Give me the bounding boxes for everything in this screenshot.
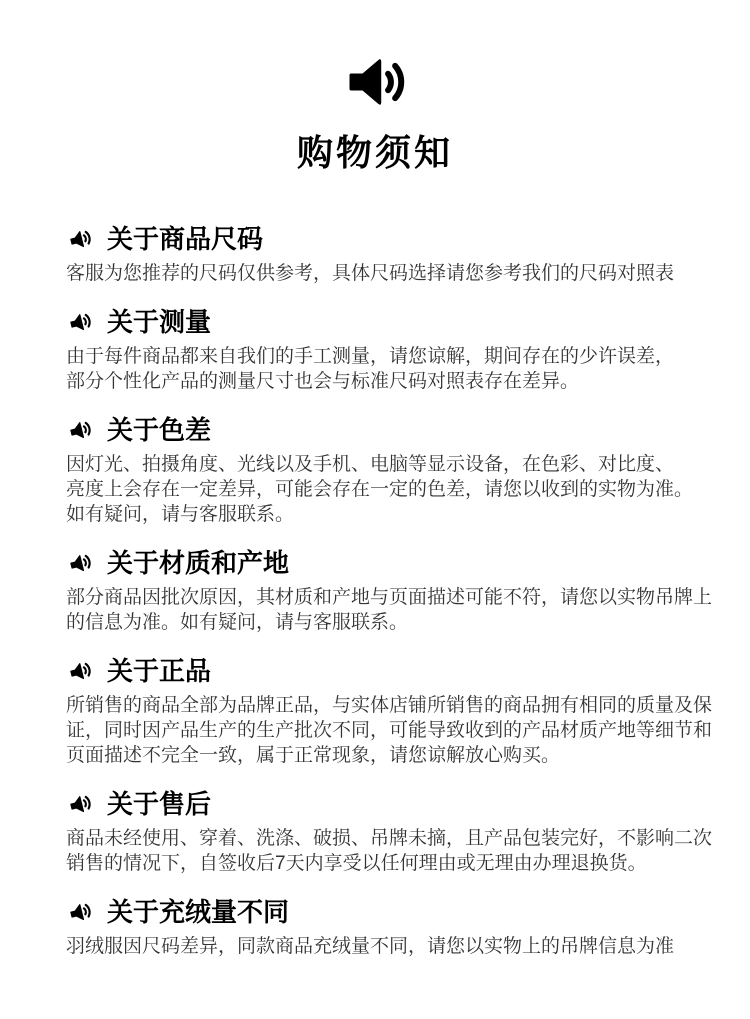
speaker-icon [66, 551, 94, 576]
section-body-text: 由于每件商品都来自我们的手工测量，请您谅解，期间存在的少许误差， 部分个性化产品… [66, 344, 726, 394]
section-heading-text: 关于充绒量不同 [107, 896, 289, 928]
notice-sections: 关于商品尺码 客服为您推荐的尺码仅供参考，具体尺码选择请您参考我们的尺码对照表 … [0, 223, 750, 959]
notice-section-material-origin: 关于材质和产地 部分商品因批次原因，其材质和产地与页面描述可能不符，请您以实物吊… [66, 547, 726, 635]
page-header: 购物须知 [0, 48, 750, 173]
section-heading: 关于材质和产地 [66, 547, 726, 579]
section-heading-text: 关于色差 [107, 414, 211, 446]
section-heading-text: 关于商品尺码 [107, 223, 263, 255]
speaker-icon [66, 792, 94, 817]
section-body-text: 羽绒服因尺码差异，同款商品充绒量不同，请您以实物上的吊牌信息为准 [66, 934, 726, 959]
section-heading: 关于色差 [66, 414, 726, 446]
speaker-icon [66, 418, 94, 443]
section-heading-text: 关于正品 [107, 655, 211, 687]
speaker-icon [66, 659, 94, 684]
notice-section-after-sales: 关于售后 商品未经使用、穿着、洗涤、破损、吊牌未摘，且产品包装完好，不影响二次 … [66, 788, 726, 876]
notice-section-down-filling: 关于充绒量不同 羽绒服因尺码差异，同款商品充绒量不同，请您以实物上的吊牌信息为准 [66, 896, 726, 959]
notice-section-measurement: 关于测量 由于每件商品都来自我们的手工测量，请您谅解，期间存在的少许误差， 部分… [66, 306, 726, 394]
section-heading: 关于正品 [66, 655, 726, 687]
speaker-icon [66, 227, 94, 252]
page-title: 购物须知 [0, 133, 750, 173]
section-body-text: 商品未经使用、穿着、洗涤、破损、吊牌未摘，且产品包装完好，不影响二次 销售的情况… [66, 826, 726, 876]
speaker-icon [66, 900, 94, 925]
section-heading: 关于售后 [66, 788, 726, 820]
section-body-text: 因灯光、拍摄角度、光线以及手机、电脑等显示设备，在色彩、对比度、 亮度上会存在一… [66, 452, 726, 527]
speaker-icon [66, 310, 94, 335]
section-heading: 关于商品尺码 [66, 223, 726, 255]
notice-section-size: 关于商品尺码 客服为您推荐的尺码仅供参考，具体尺码选择请您参考我们的尺码对照表 [66, 223, 726, 286]
notice-section-color-difference: 关于色差 因灯光、拍摄角度、光线以及手机、电脑等显示设备，在色彩、对比度、 亮度… [66, 414, 726, 527]
section-heading-text: 关于测量 [107, 306, 211, 338]
section-heading: 关于测量 [66, 306, 726, 338]
notice-section-authenticity: 关于正品 所销售的商品全部为品牌正品，与实体店铺所销售的商品拥有相同的质量及保 … [66, 655, 726, 768]
section-body-text: 部分商品因批次原因，其材质和产地与页面描述可能不符，请您以实物吊牌上 的信息为准… [66, 585, 726, 635]
section-heading: 关于充绒量不同 [66, 896, 726, 928]
speaker-icon [335, 48, 415, 116]
section-heading-text: 关于售后 [107, 788, 211, 820]
shopping-notice-page: 购物须知 关于商品尺码 客服为您推荐的尺码仅供参考，具体尺码选择请您参考我们的尺… [0, 0, 750, 1019]
section-body-text: 客服为您推荐的尺码仅供参考，具体尺码选择请您参考我们的尺码对照表 [66, 261, 726, 286]
section-body-text: 所销售的商品全部为品牌正品，与实体店铺所销售的商品拥有相同的质量及保 证，同时因… [66, 693, 726, 768]
section-heading-text: 关于材质和产地 [107, 547, 289, 579]
